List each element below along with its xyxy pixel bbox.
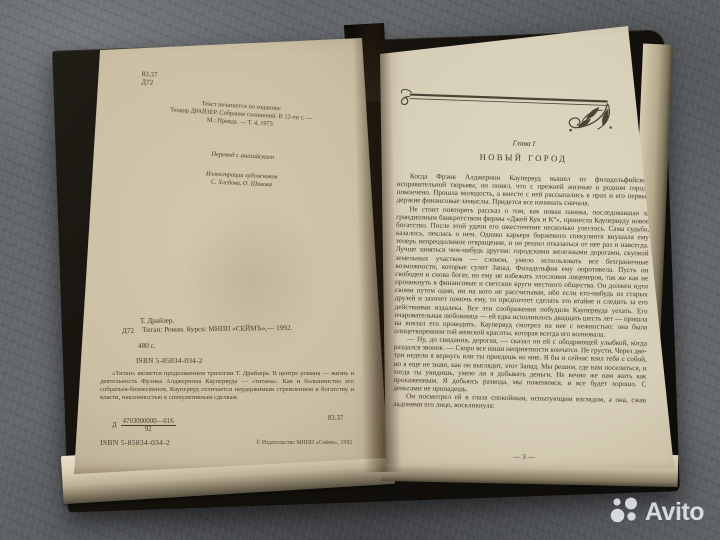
body-paragraph: — Ну, до свидания, дорогая, — сказал он … [393, 335, 647, 397]
catalog-sign: Д72 [122, 327, 134, 335]
catalog-pages-count: 480 с. [138, 342, 156, 350]
page-number: — 3 — [398, 450, 650, 463]
catalog-index-numerator: 4703000000—016 [121, 418, 176, 426]
photo-of-open-book: 83.37Д72 Текст печатается по изданию: Те… [0, 0, 720, 540]
chapter-body: Когда Фрэнк Алджернон Каупервуд вышел из… [393, 172, 650, 413]
left-page: 83.37Д72 Текст печатается по изданию: Те… [70, 34, 390, 476]
avito-wordmark: Avito [645, 498, 704, 527]
body-paragraph: Он посмотрел ей в глаза спокойным, испыт… [393, 392, 646, 413]
ink-showthrough [180, 199, 320, 359]
bbk-bottom: 83.37 [328, 415, 343, 422]
catalog-index-letter: Д [112, 422, 117, 429]
copyright-note: © Издательство МНПП «Сеймъ», 1992 [256, 440, 352, 446]
chapter-title: НОВЫЙ ГОРОД [397, 150, 649, 165]
illustrators-note: Иллюстрации художников С. Хлебова, О. Ша… [151, 168, 332, 191]
avito-logo-icon [610, 495, 640, 530]
chapter-heading: Глава I НОВЫЙ ГОРОД [397, 136, 649, 165]
edition-note: Текст печатается по изданию: Теодор ДРАЙ… [131, 96, 352, 133]
catalog-author: Т. Драйзер. [140, 317, 174, 325]
isbn-bottom: ISBN 5-85834-034-2 [100, 438, 170, 447]
avito-watermark: Avito [610, 495, 704, 530]
body-paragraph: Когда Фрэнк Алджернон Каупервуд вышел из… [396, 172, 650, 209]
annotation-text: «Титан» является продолжением трилогии Т… [100, 370, 354, 402]
right-page: Глава I НОВЫЙ ГОРОД Когда Фрэнк Алджерно… [374, 20, 674, 475]
isbn-top: ISBN 5-85834-034-2 [136, 356, 203, 365]
body-paragraph: Не стоит повторять рассказ о том, как но… [394, 205, 649, 340]
bbk-classification: 83.37Д72 [141, 70, 158, 87]
translation-note: Перевод с английского [158, 148, 328, 164]
catalog-index: Д4703000000—01692 [112, 418, 176, 433]
author-sign: Д72 [141, 78, 153, 87]
catalog-index-denominator: 92 [121, 426, 176, 433]
